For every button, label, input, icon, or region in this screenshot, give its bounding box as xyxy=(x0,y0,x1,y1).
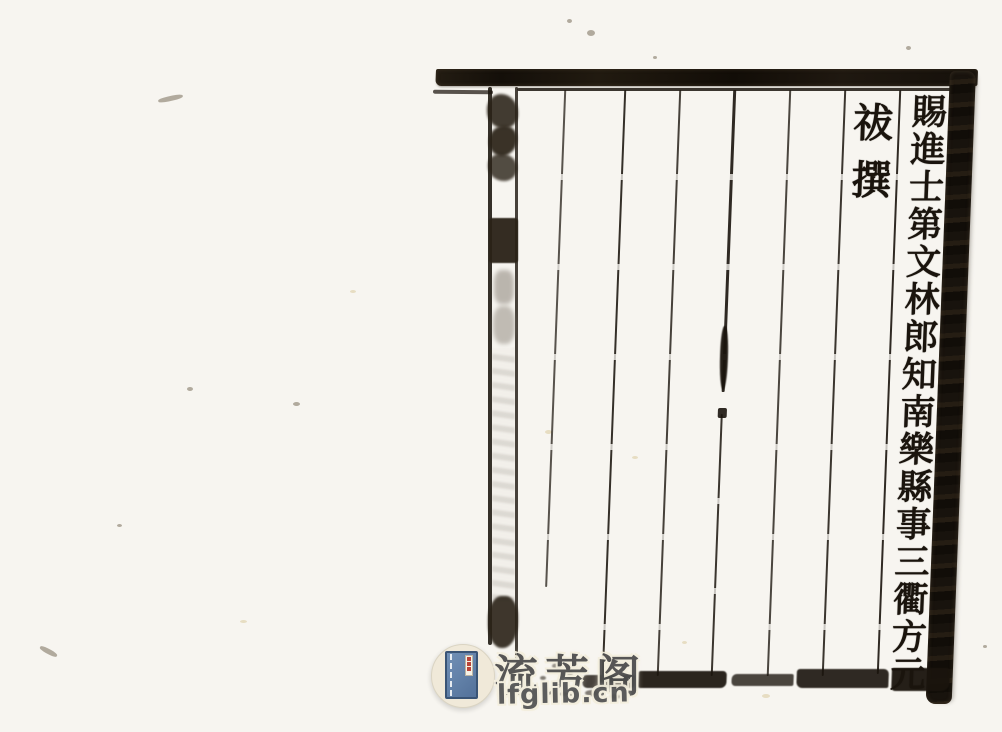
watermark-site-url: lfglib.cn xyxy=(497,676,698,710)
column-rule xyxy=(602,90,627,676)
spine-ink-bar xyxy=(489,218,518,263)
left-page-top-rule xyxy=(433,90,493,95)
book-stitching xyxy=(450,654,452,696)
paper-speck xyxy=(983,645,987,648)
spine-faded-character xyxy=(493,306,515,344)
column-rule xyxy=(711,414,723,676)
spine-marbling xyxy=(492,348,515,600)
column-rule xyxy=(657,90,682,676)
scanned-book-page: 賜進士第文林郎知南樂縣事三衢方元 祓撰 流芳阁 lfglib.cn xyxy=(0,0,1002,732)
book-logo-icon xyxy=(445,651,478,699)
spine-faded-character xyxy=(494,270,514,304)
spine-smudge xyxy=(488,154,517,181)
book-title-label xyxy=(465,655,473,676)
bottom-border-segment xyxy=(796,669,889,688)
column-rule xyxy=(545,90,566,587)
column-rule xyxy=(767,90,792,676)
bottom-border-segment xyxy=(731,674,793,686)
ink-blot xyxy=(719,326,729,390)
top-border xyxy=(435,69,978,86)
spine-smudge xyxy=(487,94,518,128)
compiler-text: 祓撰 xyxy=(838,102,898,252)
watermark-logo-circle xyxy=(431,644,495,708)
